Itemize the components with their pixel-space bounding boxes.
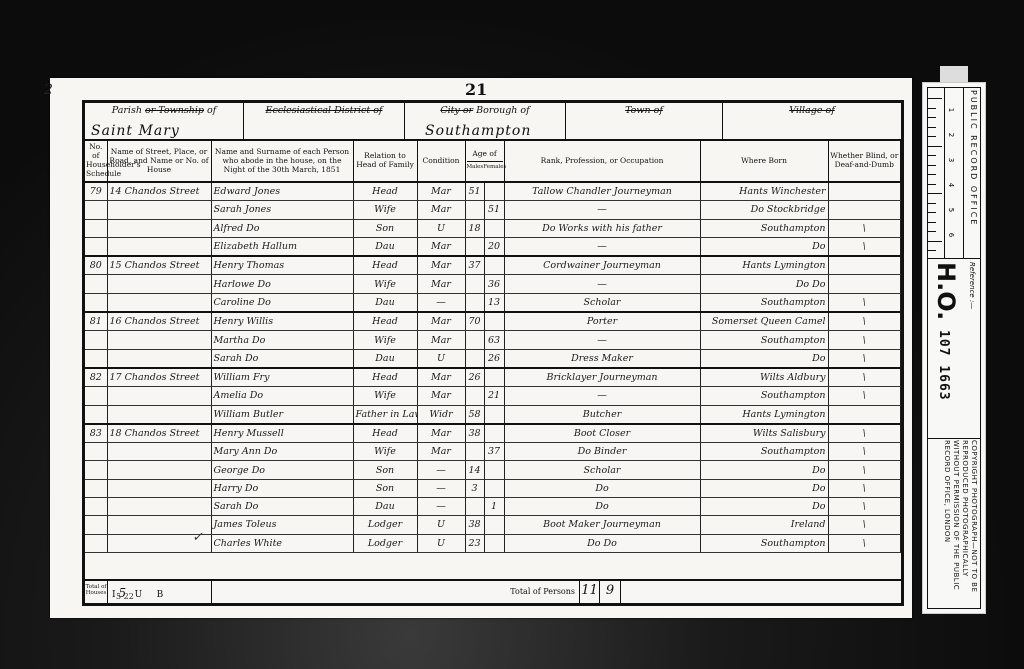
ruler-scale [928,88,945,258]
column-headers: No. of Householder's Schedule Name of St… [85,139,901,182]
person-name-cell: William Butler [211,405,353,424]
age-female-cell [484,534,504,552]
age-female-cell [484,405,504,424]
schedule-no-cell [85,516,107,534]
schedule-no-cell: 80 [85,256,107,275]
total-males: 11 [580,581,600,603]
person-name-cell: Sarah Do [211,349,353,368]
age-female-cell [484,479,504,497]
age-male-cell [465,387,484,405]
table-row: Sarah DoDau—1DoDo\ [85,498,901,516]
blind-deaf-cell: \ [828,498,900,516]
street-cell [107,331,211,349]
person-name-cell: Martha Do [211,331,353,349]
relation-cell: Dau [353,498,417,516]
town-cell: Town of [566,103,723,139]
blind-deaf-cell: \ [828,424,900,443]
condition-cell: Mar [417,387,465,405]
relation-cell: Son [353,479,417,497]
person-name-cell: Alfred Do [211,219,353,237]
age-male-cell: 18 [465,219,484,237]
copyright-notice: COPYRIGHT PHOTOGRAPH—NOT TO BE REPRODUCE… [930,440,978,608]
reference-strip: 123456 PUBLIC RECORD OFFICE H.O. 107 166… [922,82,986,614]
age-male-cell [465,498,484,516]
schedule-no-cell [85,349,107,368]
parish-value: Saint Mary [91,123,180,139]
ruler-number: 6 [947,233,955,237]
person-name-cell: Harlowe Do [211,275,353,293]
total-persons-label: Total of Persons [510,587,575,596]
total-houses-label: Total of Houses [85,581,108,603]
age-female-cell: 36 [484,275,504,293]
borough-label: Borough of [476,105,530,116]
age-male-cell: 3 [465,479,484,497]
age-female-cell [484,516,504,534]
age-male-cell [465,293,484,312]
piece-number: 107 1663 [936,330,951,401]
relation-cell: Head [353,424,417,443]
ruler-tick [928,241,942,242]
series-code: H.O. [932,262,960,320]
table-row: 7914 Chandos StreetEdward JonesHeadMar51… [85,182,901,201]
relation-cell: Head [353,368,417,387]
table-row: Mary Ann DoWifeMar37Do BinderSouthampton… [85,443,901,461]
occupation-cell: Dress Maker [504,349,700,368]
schedule-no-cell [85,219,107,237]
occupation-cell: Scholar [504,461,700,479]
age-female-cell [484,219,504,237]
age-female-cell: 13 [484,293,504,312]
where-born-cell: Southampton [700,331,828,349]
blind-deaf-cell [828,275,900,293]
person-name-cell: Elizabeth Hallum [211,237,353,256]
totals-row: Total of Houses I 5 U B Total of Persons… [85,579,901,603]
person-name-cell: George Do [211,461,353,479]
col-age-males: Males [467,163,484,172]
occupation-cell: Do Do [504,534,700,552]
person-name-cell: Mary Ann Do [211,443,353,461]
condition-cell: Mar [417,275,465,293]
where-born-cell: Southampton [700,387,828,405]
street-cell [107,275,211,293]
occupation-cell: Do [504,479,700,497]
where-born-cell: Southampton [700,443,828,461]
schedule-no-cell [85,237,107,256]
table-row: George DoSon—14ScholarDo\ [85,461,901,479]
age-male-cell [465,349,484,368]
blind-deaf-cell [828,201,900,219]
occupation-cell: — [504,201,700,219]
street-cell: 15 Chandos Street [107,256,211,275]
person-name-cell: Harry Do [211,479,353,497]
corner-mark: 2 [44,82,53,98]
reference-block: H.O. 107 1663 Reference :— [928,258,980,439]
condition-cell: — [417,479,465,497]
where-born-cell: Do [700,479,828,497]
condition-cell: U [417,534,465,552]
col-relation: Relation to Head of Family [353,139,417,182]
table-row: Charles WhiteLodgerU23Do DoSouthampton\ [85,534,901,552]
where-born-cell: Hants Winchester [700,182,828,201]
person-name-cell: Amelia Do [211,387,353,405]
age-male-cell [465,331,484,349]
condition-cell: Mar [417,182,465,201]
condition-cell: U [417,349,465,368]
condition-cell: Mar [417,237,465,256]
relation-cell: Wife [353,387,417,405]
occupation-cell: — [504,387,700,405]
blind-deaf-cell: \ [828,534,900,552]
condition-cell: — [417,461,465,479]
blind-deaf-cell: \ [828,368,900,387]
relation-cell: Son [353,219,417,237]
schedule-no-cell [85,293,107,312]
census-form: Parish or Township of Saint Mary Ecclesi… [82,100,904,606]
street-cell [107,237,211,256]
schedule-no-cell [85,461,107,479]
age-male-cell: 58 [465,405,484,424]
street-cell: 17 Chandos Street [107,368,211,387]
age-female-cell: 51 [484,201,504,219]
footer-mark: 5 22 [116,592,134,601]
ruler-tick [928,250,936,251]
age-male-cell: 51 [465,182,484,201]
condition-cell: — [417,498,465,516]
age-female-cell: 37 [484,443,504,461]
table-row: William ButlerFather in LawWidr58Butcher… [85,405,901,424]
person-name-cell: Edward Jones [211,182,353,201]
relation-cell: Dau [353,349,417,368]
age-male-cell: 37 [465,256,484,275]
age-female-cell: 1 [484,498,504,516]
table-row: Harry DoSon—3DoDo\ [85,479,901,497]
borough-value: Southampton [425,123,531,139]
where-born-cell: Wilts Aldbury [700,368,828,387]
where-born-cell: Ireland [700,516,828,534]
age-female-cell [484,182,504,201]
relation-cell: Lodger [353,516,417,534]
schedule-no-cell [85,479,107,497]
relation-cell: Lodger [353,534,417,552]
table-row: Elizabeth HallumDauMar20—Do\ [85,237,901,256]
occupation-cell: — [504,275,700,293]
where-born-cell: Somerset Queen Camel [700,312,828,331]
condition-cell: Mar [417,424,465,443]
ruler-number: 2 [947,133,955,137]
blind-deaf-cell: \ [828,516,900,534]
occupation-cell: — [504,237,700,256]
condition-cell: Mar [417,331,465,349]
schedule-no-cell: 83 [85,424,107,443]
person-name-cell: Sarah Jones [211,201,353,219]
blind-deaf-cell [828,182,900,201]
relation-cell: Head [353,256,417,275]
ruler-tick [928,117,936,118]
village-cell: Village of [723,103,901,139]
ruler: 123456 PUBLIC RECORD OFFICE [928,88,980,259]
blind-deaf-cell: \ [828,331,900,349]
street-cell [107,443,211,461]
age-male-cell [465,443,484,461]
relation-cell: Wife [353,201,417,219]
age-female-cell: 26 [484,349,504,368]
person-name-cell: Henry Willis [211,312,353,331]
occupation-cell: Tallow Chandler Journeyman [504,182,700,201]
borough-cell: City or Borough of Southampton [405,103,566,139]
occupation-cell: Scholar [504,293,700,312]
ruler-numbers: 123456 [945,88,964,258]
schedule-no-cell [85,201,107,219]
ecclesiastical-label: Ecclesiastical District of [244,105,404,116]
condition-cell: Widr [417,405,465,424]
col-schedule-no: No. of Householder's Schedule [85,139,107,182]
parish-label-struck: or Township [145,105,204,116]
where-born-cell: Do Do [700,275,828,293]
condition-cell: Mar [417,312,465,331]
age-female-cell: 21 [484,387,504,405]
check-mark: ✓ [192,530,203,545]
public-record-office-label: PUBLIC RECORD OFFICE [969,90,978,226]
person-name-cell: Charles White [211,534,353,552]
table-row: Martha DoWifeMar63—Southampton\ [85,331,901,349]
age-female-cell: 63 [484,331,504,349]
blind-deaf-cell: \ [828,349,900,368]
blind-deaf-cell: \ [828,479,900,497]
person-name-cell: James Toleus [211,516,353,534]
ruler-tick [928,165,936,166]
ruler-number: 3 [947,158,955,162]
borough-label-struck: City or [440,105,473,116]
total-females: 9 [600,581,621,603]
occupation-cell: Boot Maker Journeyman [504,516,700,534]
where-born-cell: Do [700,237,828,256]
street-cell [107,201,211,219]
where-born-cell: Do [700,349,828,368]
ruler-tick [928,231,936,232]
where-born-cell: Do [700,498,828,516]
col-street: Name of Street, Place, or Road, and Name… [107,139,211,182]
schedule-no-cell [85,387,107,405]
person-name-cell: Henry Thomas [211,256,353,275]
blind-deaf-cell: \ [828,219,900,237]
col-age-females: Females [483,163,506,172]
location-header: Parish or Township of Saint Mary Ecclesi… [85,103,901,141]
parish-label: Parish [112,105,142,116]
col-occupation: Rank, Profession, or Occupation [504,139,700,182]
age-male-cell: 38 [465,516,484,534]
ruler-tick [928,212,936,213]
occupation-cell: Do [504,498,700,516]
occupation-cell: Boot Closer [504,424,700,443]
age-female-cell: 20 [484,237,504,256]
age-female-cell [484,312,504,331]
ruler-number: 4 [947,183,955,187]
blind-deaf-cell [828,405,900,424]
age-female-cell [484,424,504,443]
where-born-cell: Southampton [700,293,828,312]
table-row: 8318 Chandos StreetHenry MussellHeadMar3… [85,424,901,443]
condition-cell: U [417,516,465,534]
where-born-cell: Do [700,461,828,479]
occupation-cell: Cordwainer Journeyman [504,256,700,275]
ruler-tick [928,203,936,204]
ruler-tick [928,136,936,137]
where-born-cell: Southampton [700,219,828,237]
occupation-cell: Do Binder [504,443,700,461]
table-row: Amelia DoWifeMar21—Southampton\ [85,387,901,405]
schedule-no-cell [85,498,107,516]
relation-cell: Head [353,182,417,201]
where-born-cell: Hants Lymington [700,256,828,275]
table-row: 8217 Chandos StreetWilliam FryHeadMar26B… [85,368,901,387]
col-age: Age of Males Females [465,139,504,182]
census-rows: 7914 Chandos StreetEdward JonesHeadMar51… [85,182,901,552]
age-male-cell [465,275,484,293]
age-female-cell [484,256,504,275]
where-born-cell: Do Stockbridge [700,201,828,219]
census-table: No. of Householder's Schedule Name of St… [85,139,901,553]
schedule-no-cell [85,534,107,552]
table-row: Sarah JonesWifeMar51—Do Stockbridge [85,201,901,219]
age-male-cell: 14 [465,461,484,479]
occupation-cell: — [504,331,700,349]
ruler-tick [928,108,936,109]
page-number: 21 [465,80,487,99]
age-male-cell: 23 [465,534,484,552]
blind-deaf-cell: \ [828,293,900,312]
schedule-no-cell [85,405,107,424]
ruler-tick [928,174,936,175]
relation-cell: Wife [353,275,417,293]
ruler-tick [928,146,942,147]
relation-cell: Head [353,312,417,331]
person-name-cell: William Fry [211,368,353,387]
blind-deaf-cell: \ [828,461,900,479]
table-row: 8015 Chandos StreetHenry ThomasHeadMar37… [85,256,901,275]
street-cell [107,387,211,405]
ruler-tick [928,184,936,185]
col-name: Name and Surname of each Person who abod… [211,139,353,182]
age-male-cell [465,201,484,219]
table-row: 8116 Chandos StreetHenry WillisHeadMar70… [85,312,901,331]
age-female-cell [484,461,504,479]
parish-label-suffix: of [207,105,216,116]
occupation-cell: Bricklayer Journeyman [504,368,700,387]
occupation-cell: Porter [504,312,700,331]
age-male-cell: 26 [465,368,484,387]
person-name-cell: Henry Mussell [211,424,353,443]
ruler-tick [928,98,942,99]
condition-cell: Mar [417,256,465,275]
relation-cell: Son [353,461,417,479]
condition-cell: Mar [417,201,465,219]
relation-cell: Wife [353,331,417,349]
schedule-no-cell [85,443,107,461]
where-born-cell: Hants Lymington [700,405,828,424]
relation-cell: Dau [353,293,417,312]
table-row: Caroline DoDau—13ScholarSouthampton\ [85,293,901,312]
col-blind-deaf: Whether Blind, or Deaf-and-Dumb [828,139,900,182]
census-page: 2 21 Parish or Township of Saint Mary Ec… [50,78,912,618]
schedule-no-cell [85,275,107,293]
relation-cell: Father in Law [353,405,417,424]
street-cell [107,498,211,516]
age-male-cell [465,237,484,256]
occupation-cell: Butcher [504,405,700,424]
schedule-no-cell: 81 [85,312,107,331]
schedule-no-cell: 79 [85,182,107,201]
ruler-tick [928,155,936,156]
condition-cell: Mar [417,443,465,461]
town-label: Town of [566,105,722,116]
schedule-no-cell: 82 [85,368,107,387]
where-born-cell: Wilts Salisbury [700,424,828,443]
street-cell: 14 Chandos Street [107,182,211,201]
age-male-cell: 38 [465,424,484,443]
ecclesiastical-cell: Ecclesiastical District of [244,103,405,139]
condition-cell: — [417,293,465,312]
street-cell [107,405,211,424]
table-row: Sarah DoDauU26Dress MakerDo\ [85,349,901,368]
blind-deaf-cell: \ [828,237,900,256]
where-born-cell: Southampton [700,534,828,552]
reference-label: Reference :— [968,262,976,309]
table-row: Harlowe DoWifeMar36—Do Do [85,275,901,293]
ruler-number: 5 [947,208,955,212]
table-row: Alfred DoSonU18Do Works with his fatherS… [85,219,901,237]
street-cell [107,219,211,237]
ruler-tick [928,127,936,128]
person-name-cell: Caroline Do [211,293,353,312]
table-row: James ToleusLodgerU38Boot Maker Journeym… [85,516,901,534]
parish-cell: Parish or Township of Saint Mary [85,103,244,139]
condition-cell: Mar [417,368,465,387]
street-cell [107,349,211,368]
street-cell [107,461,211,479]
col-where-born: Where Born [700,139,828,182]
age-female-cell [484,368,504,387]
col-condition: Condition [417,139,465,182]
age-male-cell: 70 [465,312,484,331]
street-cell [107,293,211,312]
blind-deaf-cell: \ [828,387,900,405]
ruler-tick [928,193,942,194]
occupation-cell: Do Works with his father [504,219,700,237]
relation-cell: Wife [353,443,417,461]
ruler-number: 1 [947,108,955,112]
relation-cell: Dau [353,237,417,256]
blind-deaf-cell [828,256,900,275]
street-cell: 18 Chandos Street [107,424,211,443]
street-cell [107,479,211,497]
blind-deaf-cell: \ [828,443,900,461]
schedule-no-cell [85,331,107,349]
blind-deaf-cell: \ [828,312,900,331]
ruler-tick [928,222,936,223]
person-name-cell: Sarah Do [211,498,353,516]
condition-cell: U [417,219,465,237]
village-label: Village of [723,105,901,116]
street-cell: 16 Chandos Street [107,312,211,331]
